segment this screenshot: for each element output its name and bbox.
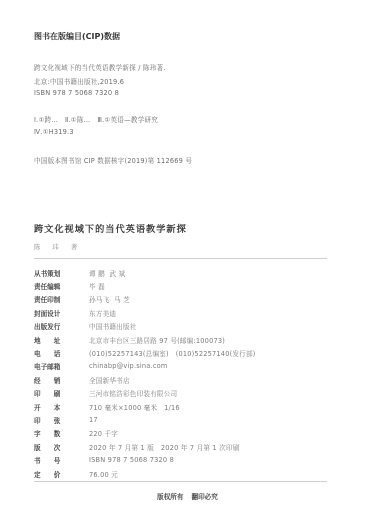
- cip-title-line: 跨文化视域下的当代英语教学新探 / 陈玮著.: [34, 62, 166, 72]
- info-row-email: 电子邮箱 chinabp@vip.sina.com: [34, 360, 168, 373]
- copyright-notice: 版权所有翻印必究: [0, 491, 375, 501]
- info-label: 书 号: [34, 455, 89, 465]
- cip-isbn-line: ISBN 978 7 5068 7320 8: [34, 89, 119, 97]
- info-value: (010)52257143(总编室) (010)52257140(发行部): [89, 348, 256, 358]
- info-label: 定 价: [34, 469, 89, 479]
- info-row-price: 定 价 76.00 元: [34, 467, 118, 480]
- info-row-address: 地 址 北京市丰台区三路居路 97 号(邮编:100073): [34, 333, 225, 346]
- info-value: 76.00 元: [89, 469, 118, 479]
- info-row-edition: 版 次 2020 年 7 月第 1 版 2020 年 7 月第 1 次印刷: [34, 440, 240, 453]
- info-row-series-planner: 从书策划 谭 鹏 武 斌: [34, 266, 125, 279]
- info-label: 地 址: [34, 335, 89, 345]
- top-divider: [34, 258, 327, 259]
- cip-number: 中国版本图书馆 CIP 数据核字(2019)第 112669 号: [34, 155, 192, 165]
- info-row-publisher: 出版发行 中国书籍出版社: [34, 320, 137, 333]
- info-label: 封面设计: [34, 308, 89, 318]
- info-row-sheets: 印 张 17: [34, 413, 98, 426]
- info-row-phone: 电 话 (010)52257143(总编室) (010)52257140(发行部…: [34, 346, 256, 359]
- info-label: 印 刷: [34, 388, 89, 398]
- info-row-print-manager: 责任印制 孙马飞 马 芝: [34, 293, 130, 306]
- cip-publisher-line: 北京:中国书籍出版社,2019.6: [34, 76, 124, 86]
- info-value: 孙马飞 马 芝: [89, 294, 130, 304]
- book-title: 跨文化视域下的当代英语教学新探: [34, 221, 187, 235]
- info-label: 电 话: [34, 348, 89, 358]
- info-label: 字 数: [34, 428, 89, 438]
- info-label: 从书策划: [34, 268, 89, 278]
- info-value: 中国书籍出版社: [89, 321, 137, 331]
- info-row-format: 开 本 710 毫米×1000 毫米 1/16: [34, 400, 180, 413]
- info-value: 东方美迪: [89, 308, 116, 318]
- info-value: 710 毫米×1000 毫米 1/16: [89, 402, 180, 412]
- info-value: 谭 鹏 武 斌: [89, 268, 125, 278]
- info-row-distributor: 经 销 全国新华书店: [34, 373, 130, 386]
- info-value: 全国新华书店: [89, 375, 130, 385]
- info-row-printer: 印 刷 三河市铭浩彩色印装有限公司: [34, 387, 177, 400]
- info-row-word-count: 字 数 220 千字: [34, 427, 118, 440]
- info-label: 电子邮箱: [34, 361, 89, 371]
- cip-classification-line: Ⅰ.①跨… Ⅱ.①陈… Ⅲ.①英语—教学研究: [34, 114, 158, 124]
- info-row-editor: 责任编辑 毕 磊: [34, 279, 105, 292]
- info-label: 版 次: [34, 442, 89, 452]
- info-value: 2020 年 7 月第 1 版 2020 年 7 月第 1 次印刷: [89, 442, 240, 452]
- info-value: ISBN 978 7 5068 7320 8: [89, 456, 174, 464]
- copyright-all-rights: 版权所有: [157, 493, 183, 501]
- info-label: 责任编辑: [34, 281, 89, 291]
- info-value: 毕 磊: [89, 281, 105, 291]
- info-value: 北京市丰台区三路居路 97 号(邮编:100073): [89, 335, 225, 345]
- info-label: 经 销: [34, 375, 89, 385]
- info-value: 三河市铭浩彩色印装有限公司: [89, 388, 177, 398]
- info-label: 开 本: [34, 402, 89, 412]
- info-row-cover-design: 封面设计 东方美迪: [34, 306, 116, 319]
- info-row-isbn: 书 号 ISBN 978 7 5068 7320 8: [34, 454, 174, 467]
- cip-header: 图书在版编目(CIP)数据: [34, 31, 120, 42]
- cip-classification-code: Ⅳ.①H319.3: [34, 128, 74, 136]
- info-value: 220 千字: [89, 428, 118, 438]
- info-label: 印 张: [34, 415, 89, 425]
- copyright-no-reprint: 翻印必究: [192, 493, 218, 501]
- info-label: 出版发行: [34, 321, 89, 331]
- bottom-divider: [34, 481, 327, 482]
- info-label: 责任印制: [34, 294, 89, 304]
- info-value: 17: [89, 416, 98, 424]
- author: 陈 玮 著: [34, 242, 82, 251]
- info-value: chinabp@vip.sina.com: [89, 362, 168, 370]
